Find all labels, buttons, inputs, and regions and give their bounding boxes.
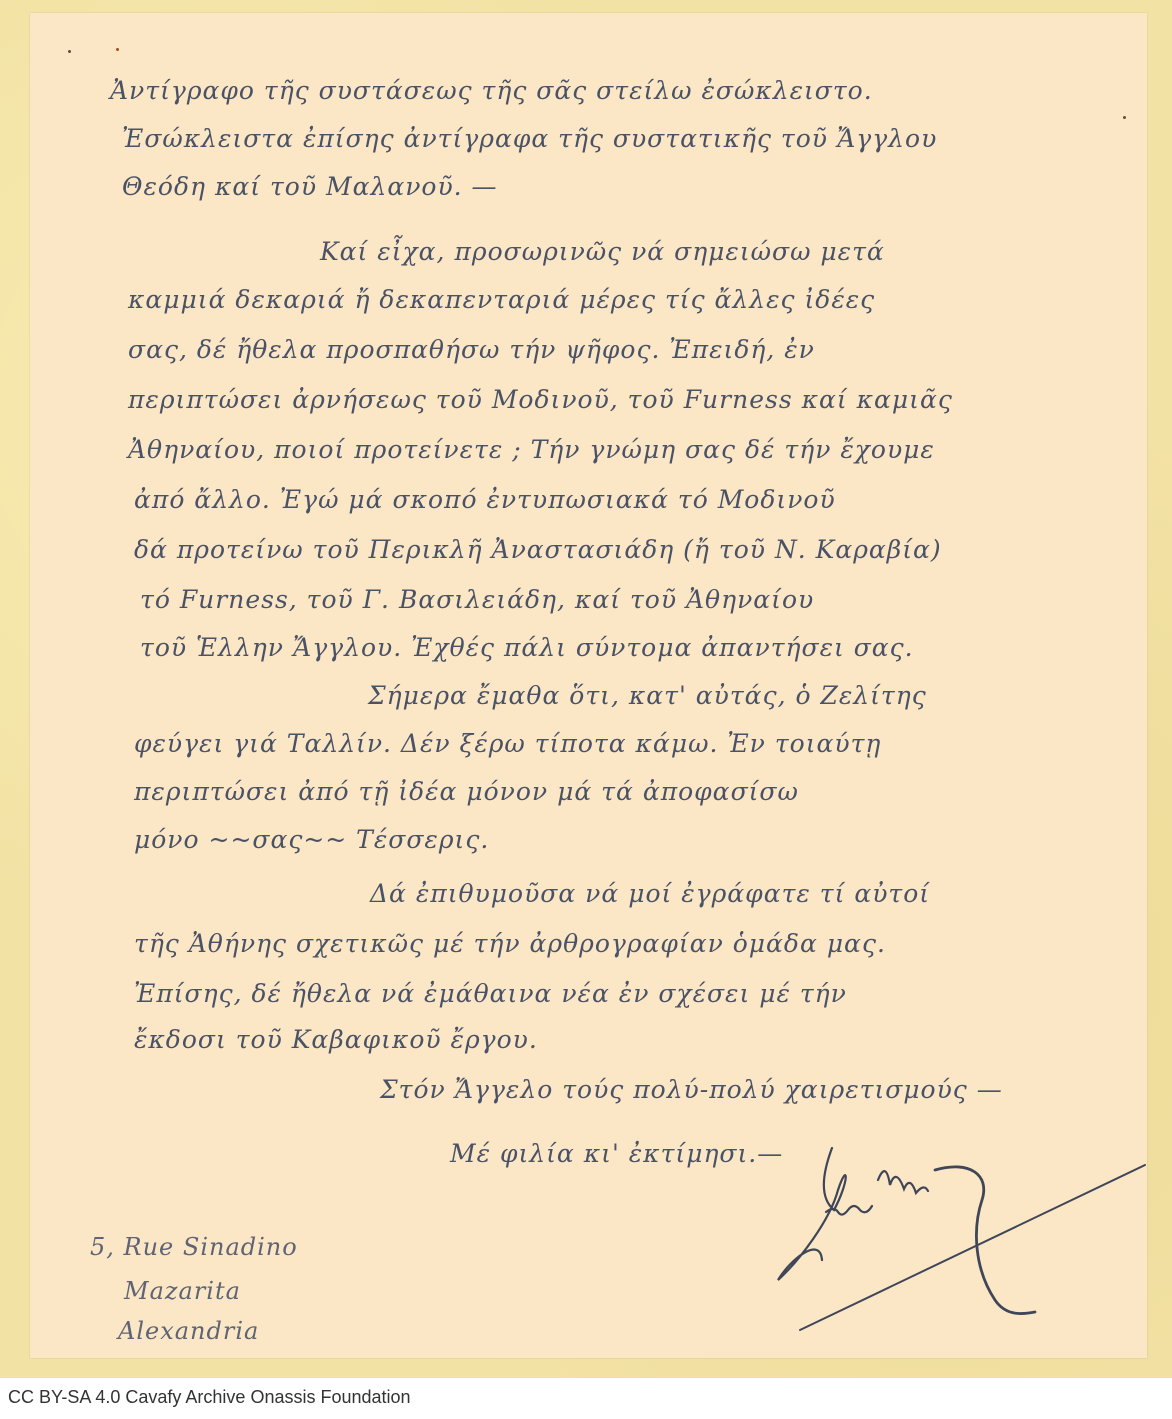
letter-line: ἔκδοσι τοῦ Καβαφικοῦ ἔργου. bbox=[134, 1025, 538, 1054]
letter-line: καμμιά δεκαριά ἤ δεκαπενταριά μέρες τίς … bbox=[128, 285, 875, 314]
letter-line: Σήμερα ἔμαθα ὅτι, κατ' αὐτάς, ὁ Ζελίτης bbox=[368, 681, 927, 710]
letter-line: Ἀντίγραφο τῆς συστάσεως τῆς σᾶς στείλω ἐ… bbox=[110, 76, 873, 105]
ink-speck bbox=[1123, 116, 1126, 119]
ink-speck bbox=[116, 48, 119, 51]
letter-line: φεύγει γιά Ταλλίν. Δέν ξέρω τίποτα κάμω.… bbox=[134, 729, 881, 758]
letter-line: Ἐσώκλειστα ἐπίσης ἀντίγραφα τῆς συστατικ… bbox=[122, 124, 937, 153]
letter-line: Θεόδη καί τοῦ Μαλανοῦ. — bbox=[122, 172, 498, 201]
letter-line: σας, δέ ἤθελα προσπαθήσω τήν ψῆφος. Ἐπει… bbox=[128, 335, 815, 364]
letter-line: περιπτώσει ἀρνήσεως τοῦ Μοδινοῦ, τοῦ Fur… bbox=[128, 385, 953, 414]
letter-line: Ἐπίσης, δέ ἤθελα νά ἐμάθαινα νέα ἐν σχέσ… bbox=[134, 979, 847, 1008]
letter-line: μόνο ~~σας~~ Τέσσερις. bbox=[134, 825, 489, 854]
closing-salutation: Μέ φιλία κι' ἐκτίμησι.— bbox=[450, 1139, 783, 1168]
letter-line: Δά ἐπιθυμοῦσα νά μοί ἐγράφατε τί αὐτοί bbox=[370, 879, 930, 908]
letter-line: Ἀθηναίου, ποιοί προτείνετε ; Τήν γνώμη σ… bbox=[128, 435, 935, 464]
letter-line: τοῦ Ἑλλην Ἄγγλου. Ἐχθές πάλι σύντομα ἀπα… bbox=[140, 633, 914, 662]
ink-speck bbox=[68, 50, 71, 53]
closing-greeting: Στόν Ἄγγελο τούς πολύ-πολύ χαιρετισμούς … bbox=[380, 1075, 1003, 1104]
letter-line: τό Furness, τοῦ Γ. Βασιλειάδη, καί τοῦ Ἀ… bbox=[140, 585, 814, 614]
letter-line: τῆς Ἀθήνης σχετικῶς μέ τήν ἀρθρογραφίαν … bbox=[134, 929, 886, 958]
address-line: Alexandria bbox=[118, 1317, 259, 1345]
letter-line: ἀπό ἄλλο. Ἐγώ μά σκοπό ἐντυπωσιακά τό Μο… bbox=[134, 485, 836, 514]
letter-line: Καί εἶχα, προσωρινῶς νά σημειώσω μετά bbox=[320, 237, 885, 266]
copyright-credit: CC BY-SA 4.0 Cavafy Archive Onassis Foun… bbox=[8, 1387, 411, 1408]
letter-line: δά προτείνω τοῦ Περικλῆ Ἀναστασιάδη (ἤ τ… bbox=[134, 535, 942, 564]
address-line: 5, Rue Sinadino bbox=[90, 1233, 298, 1261]
address-line: Mazarita bbox=[124, 1277, 241, 1305]
signature bbox=[760, 1140, 1160, 1360]
letter-line: περιπτώσει ἀπό τῇ ἰδέα μόνον μά τά ἀποφα… bbox=[134, 777, 799, 806]
